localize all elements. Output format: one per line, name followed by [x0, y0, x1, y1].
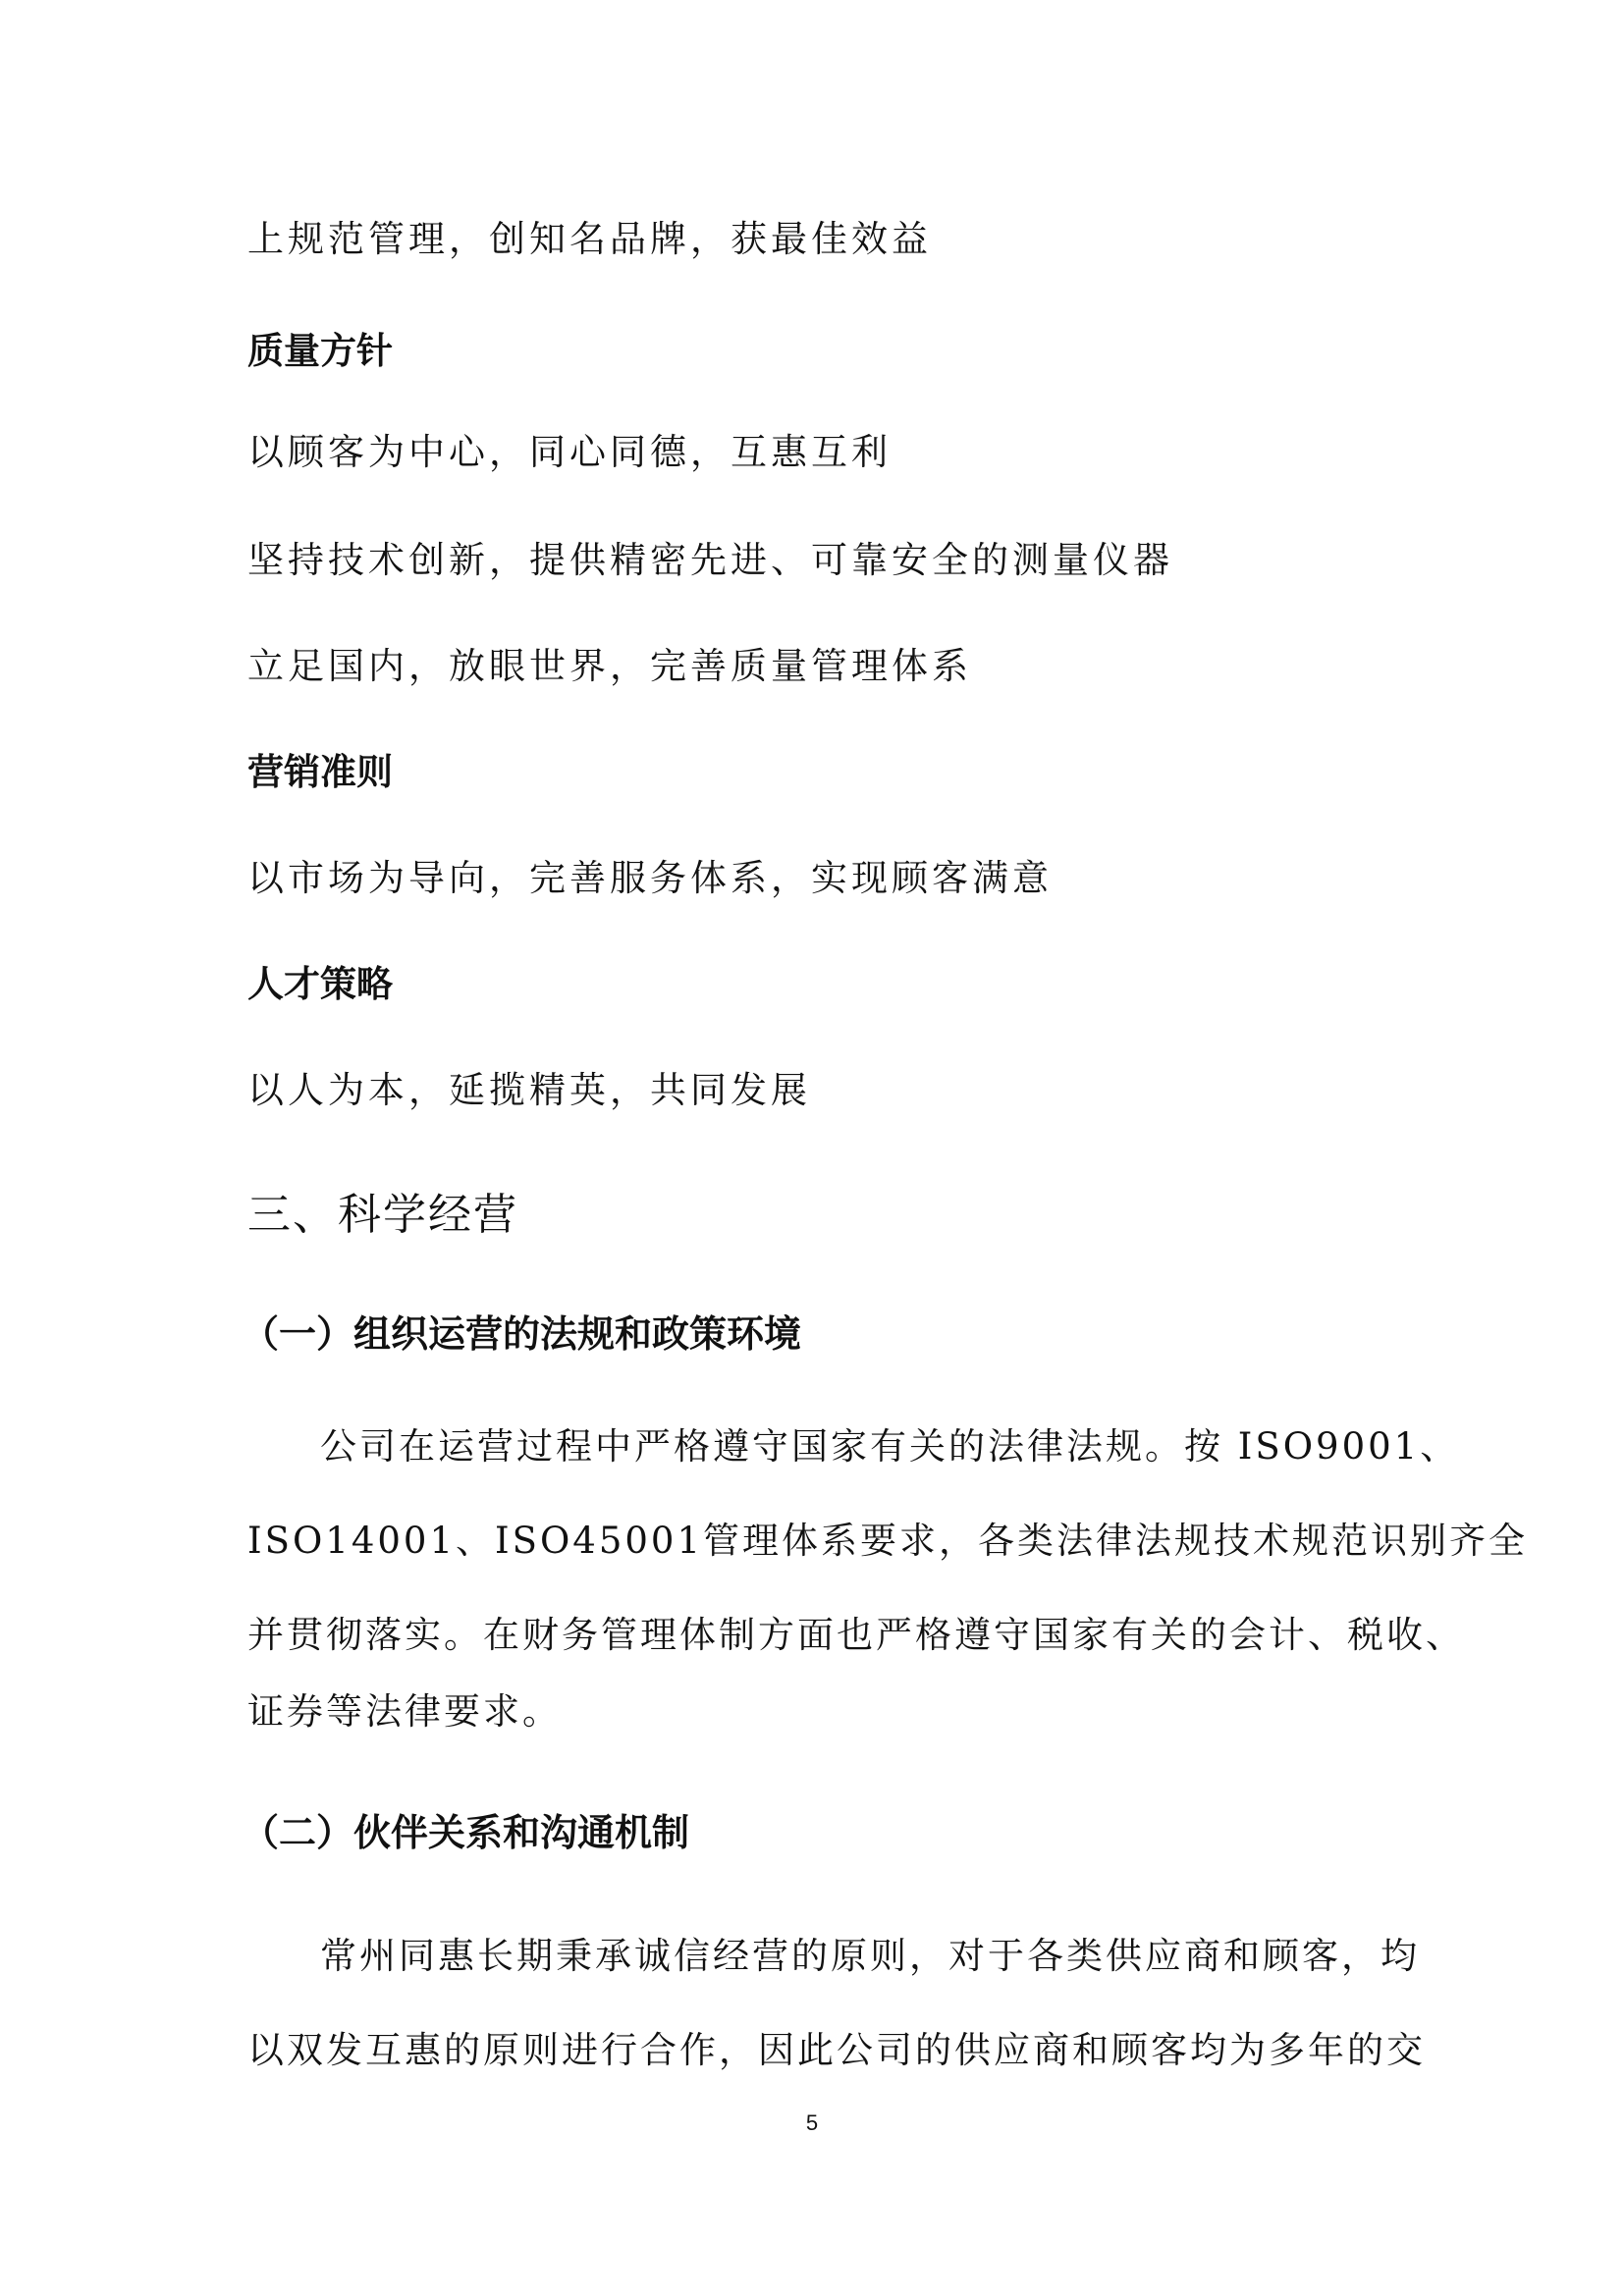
text-line: 上规范管理，创知名品牌，获最佳效益	[247, 221, 932, 257]
subheading-talent-strategy: 人才策略	[247, 966, 393, 1002]
paragraph-line: 以双发互惠的原则进行合作，因此公司的供应商和顾客均为多年的交	[247, 2032, 1386, 2068]
text-line: 坚持技术创新，提供精密先进、可靠安全的测量仪器	[247, 542, 1173, 578]
text-line: 以人为本，延揽精英，共同发展	[247, 1072, 811, 1108]
paragraph-line: ISO14001、ISO45001管理体系要求，各类法律法规技术规范识别齐全	[247, 1522, 1386, 1559]
paragraph-line: 公司在运营过程中严格遵守国家有关的法律法规。按 ISO9001、	[320, 1428, 1386, 1465]
paragraph-line: 并贯彻落实。在财务管理体制方面也严格遵守国家有关的会计、税收、	[247, 1617, 1386, 1653]
subsection-heading-regulatory-environment: （一）组织运营的法规和政策环境	[242, 1315, 801, 1353]
text-line: 以顾客为中心，同心同德，互惠互利	[247, 434, 892, 470]
paragraph-line: 证券等法律要求。	[247, 1693, 562, 1730]
text-line: 立足国内，放眼世界，完善质量管理体系	[247, 648, 972, 684]
paragraph-line: 常州同惠长期秉承诚信经营的原则，对于各类供应商和顾客，均	[320, 1938, 1386, 1974]
subheading-quality-policy: 质量方针	[247, 333, 393, 369]
subsection-heading-partnership: （二）伙伴关系和沟通机制	[242, 1814, 689, 1851]
page-number: 5	[0, 2110, 1624, 2136]
subheading-marketing-principles: 营销准则	[247, 754, 393, 790]
text-line: 以市场为导向，完善服务体系，实现顾客满意	[247, 860, 1053, 896]
section-heading-scientific-management: 三、科学经营	[247, 1194, 518, 1237]
